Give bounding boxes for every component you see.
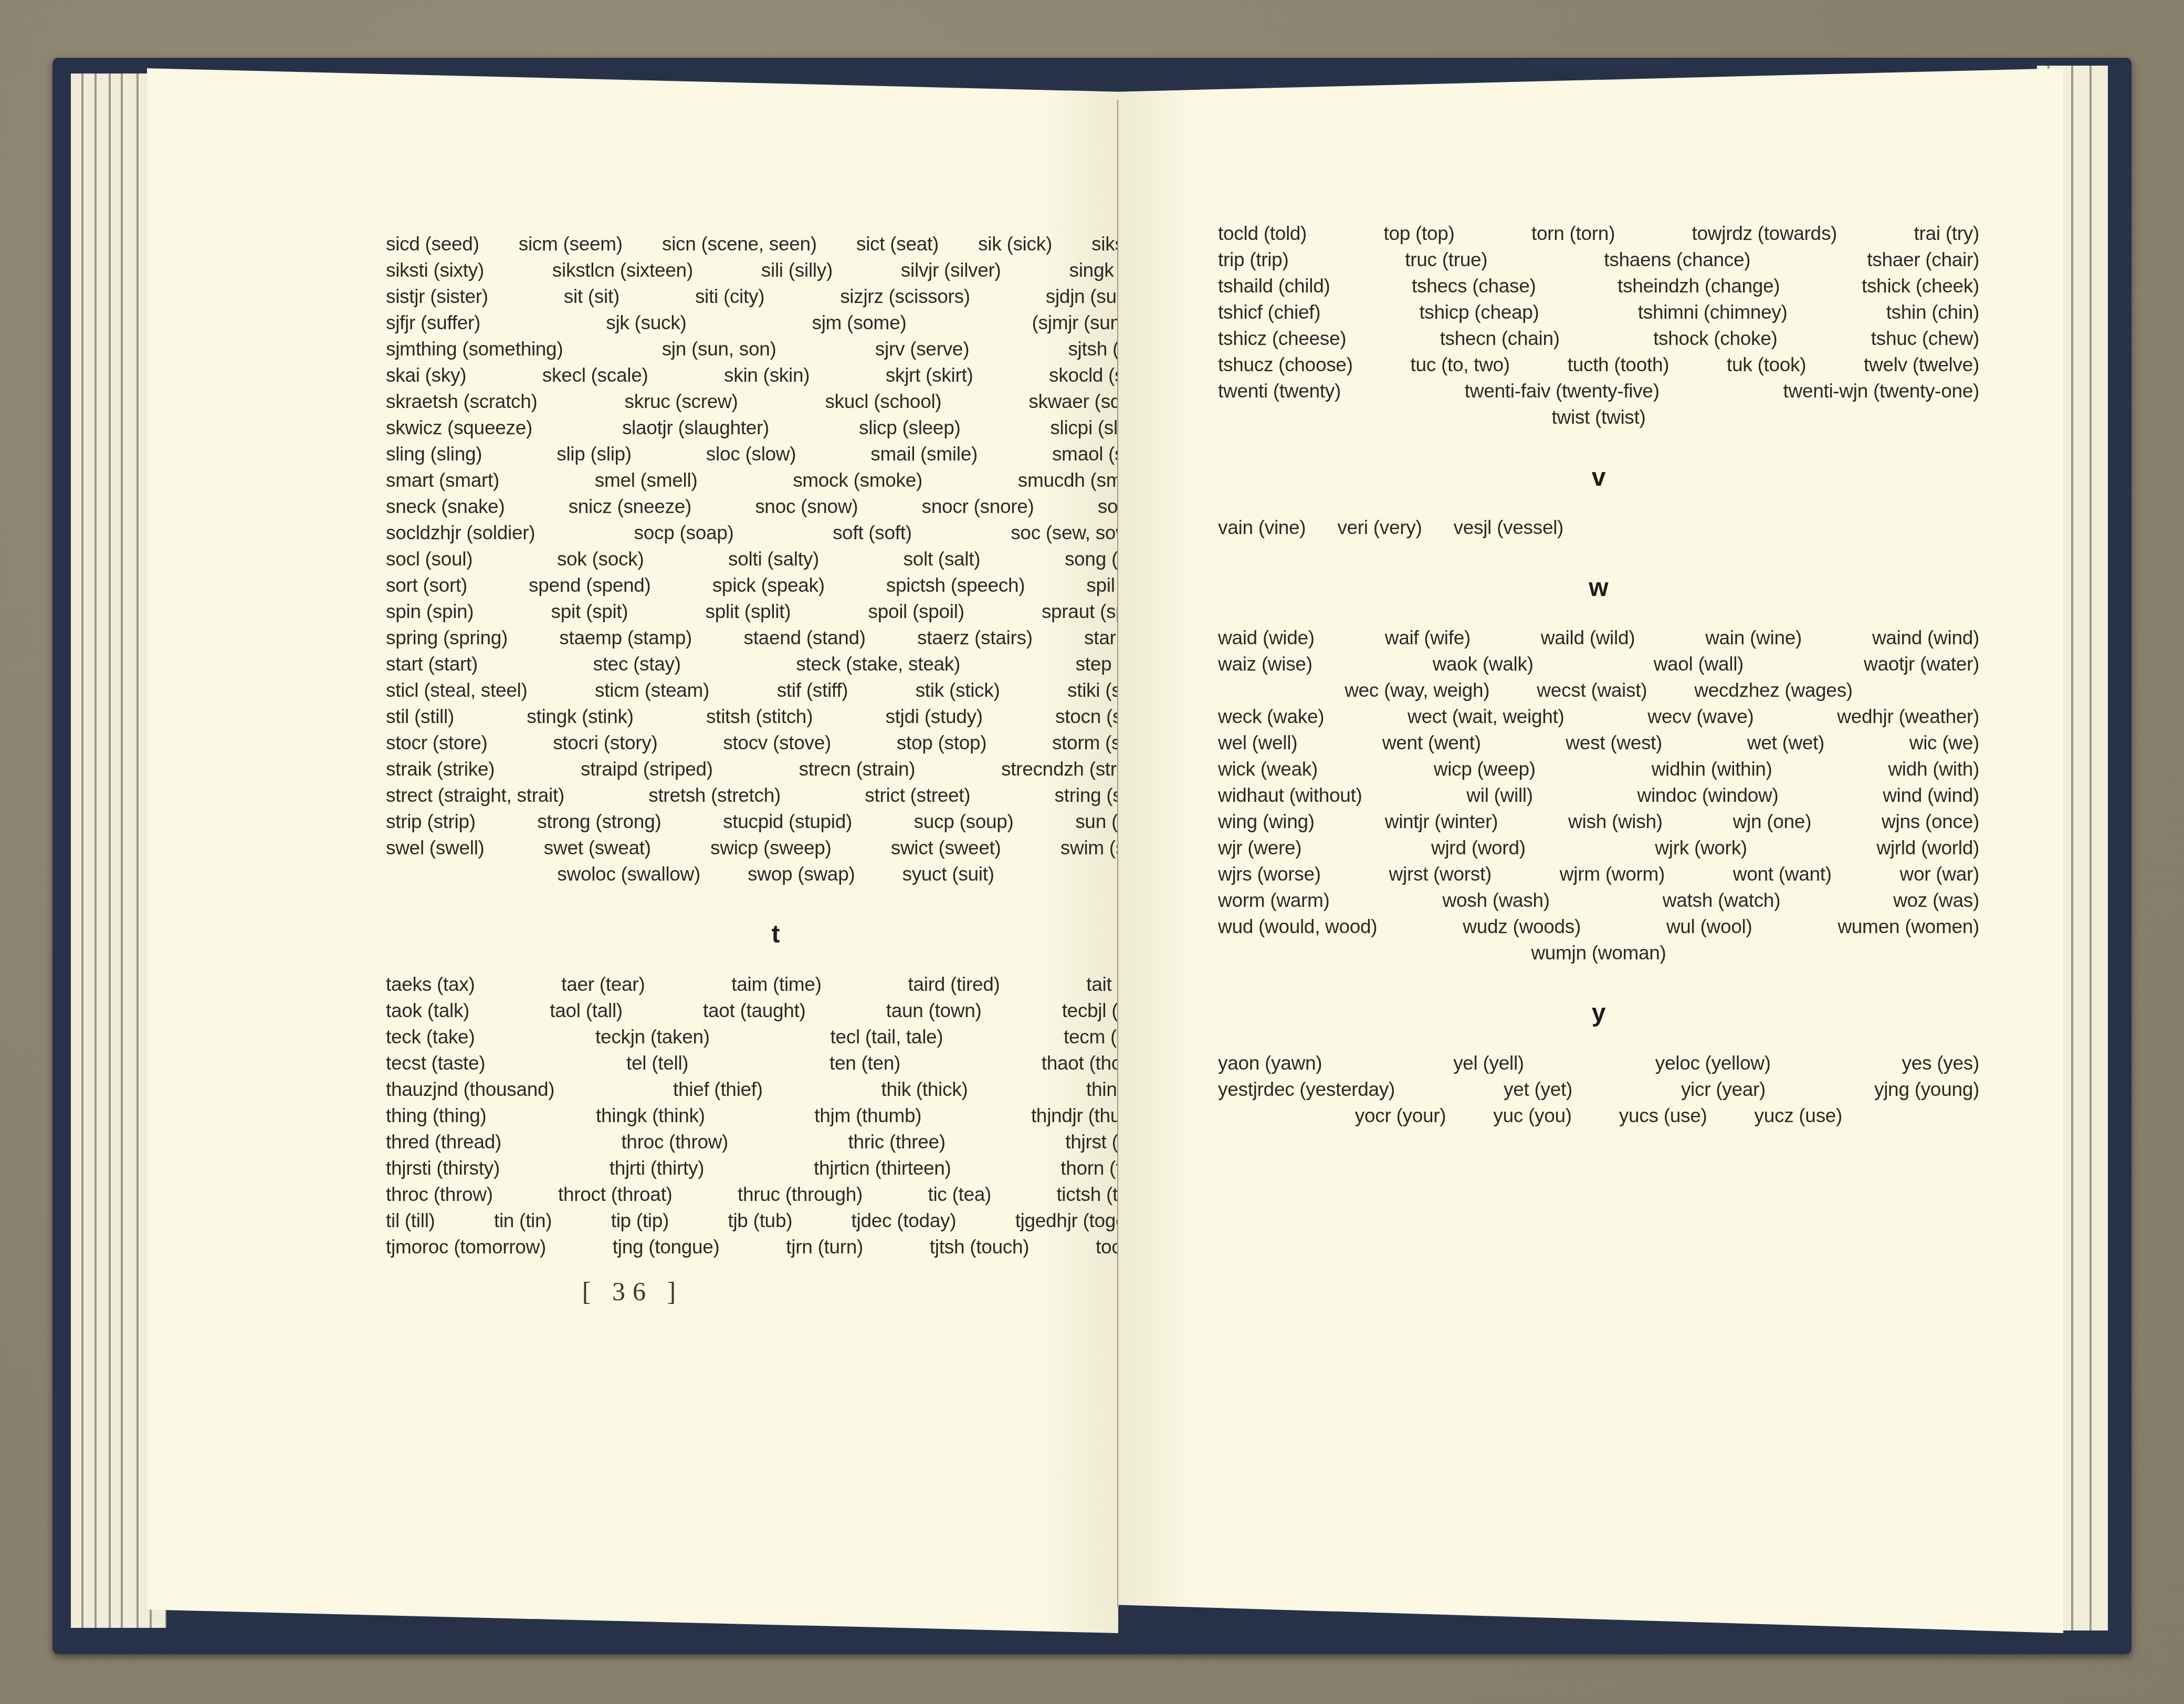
word-row: strect (straight, strait)stretsh (stretc… [386,782,1165,809]
word-entry: thjrsti (thirsty) [386,1155,500,1182]
word-entry: thric (three) [848,1129,946,1155]
section-letter-t: t [386,919,1165,950]
word-row: smart (smart)smel (smell)smock (smoke)sm… [386,467,1165,494]
word-row: til (till)tin (tin)tip (tip)tjb (tub)tjd… [386,1208,1165,1234]
word-entry: waif (wife) [1385,625,1471,651]
word-row: skai (sky)skecl (scale)skin (skin)skjrt … [386,362,1165,389]
word-entry: taot (taught) [703,998,806,1024]
word-entry: wont (want) [1733,861,1832,887]
word-row: thjrsti (thirsty)thjrti (thirty)thjrticn… [386,1155,1165,1182]
word-row: thing (thing)thingk (think)thjm (thumb)t… [386,1103,1165,1129]
word-entry: split (split) [706,599,791,625]
word-entry: wicp (weep) [1434,756,1536,782]
word-entry: slip (slip) [556,441,632,467]
word-entry: spick (speak) [712,572,825,599]
word-entry: tucth (tooth) [1568,352,1669,378]
word-entry: spictsh (speech) [886,572,1025,599]
word-entry: twenti-wjn (twenty-one) [1783,378,1979,404]
word-entry: yucz (use) [1754,1103,1842,1129]
section-letter-y: y [1218,998,1979,1029]
word-entry: tshecs (chase) [1412,273,1536,299]
word-entry: sneck (snake) [386,494,505,520]
word-entry: swict (sweet) [891,835,1001,861]
word-row: sistjr (sister)sit (sit)siti (city)sizjr… [386,284,1165,310]
word-entry: tjng (tongue) [613,1234,720,1260]
word-entry: syuct (suit) [902,861,994,887]
word-entry: wumen (women) [1837,914,1979,940]
word-row: wjrs (worse)wjrst (worst)wjrm (worm)wont… [1218,861,1979,887]
word-entry: tshucz (choose) [1218,352,1353,378]
word-entry: tip (tip) [611,1208,669,1234]
word-entry: swel (swell) [386,835,485,861]
word-entry: wjns (once) [1882,809,1979,835]
word-entry: wect (wait, weight) [1408,704,1564,730]
word-entry: ten (ten) [829,1050,900,1076]
word-entry: wud (would, wood) [1218,914,1377,940]
word-entry: wain (wine) [1705,625,1802,651]
word-entry: silvjr (silver) [901,257,1001,284]
word-entry: tshicf (chief) [1218,299,1320,326]
word-entry: thik (thick) [881,1076,968,1103]
word-entry: trai (try) [1914,221,1979,247]
word-entry: top (top) [1384,221,1455,247]
word-row: straik (strike)straipd (striped)strecn (… [386,756,1165,782]
word-row: spring (spring)staemp (stamp)staend (sta… [386,625,1165,651]
word-entry: stec (stay) [593,651,680,677]
section-letter-w: w [1218,572,1979,604]
word-entry: smock (smoke) [793,467,922,494]
word-row: thred (thread)throc (throw)thric (three)… [386,1129,1165,1155]
word-entry: tshimni (chimney) [1638,299,1788,326]
word-entry: strict (street) [865,782,970,809]
word-entry: smail (smile) [870,441,978,467]
word-entry: wor (war) [1900,861,1979,887]
word-entry: wil (will) [1466,782,1532,809]
word-entry: snoc (snow) [755,494,858,520]
word-row: yaon (yawn)yel (yell)yeloc (yellow)yes (… [1218,1050,1979,1076]
word-entry: tshicp (cheap) [1419,299,1539,326]
right-page: tocld (told)top (top)torn (torn)towjrdz … [1118,68,2063,1633]
word-entry: vain (vine) [1218,515,1306,541]
word-entry: waol (wall) [1654,651,1744,677]
word-entry: stil (still) [386,704,454,730]
word-entry: throc (throw) [386,1182,493,1208]
word-entry: tjb (tub) [728,1208,792,1234]
word-entry: sticm (steam) [595,677,709,704]
word-row: swoloc (swallow)swop (swap)syuct (suit) [386,861,1165,887]
word-entry: sling (sling) [386,441,482,467]
word-row: sjfjr (suffer)sjk (suck)sjm (some)(sjmjr… [386,310,1165,336]
word-row: sjmthing (something)sjn (sun, son)sjrv (… [386,336,1165,362]
word-entry: staemp (stamp) [559,625,692,651]
word-entry: stocr (store) [386,730,487,756]
word-entry: sik (sick) [978,231,1052,257]
word-entry: wintjr (winter) [1385,809,1498,835]
word-entry: tshock (choke) [1653,326,1777,352]
word-entry: thjrticn (thirteen) [814,1155,951,1182]
word-entry: slicp (sleep) [859,415,961,441]
word-row: strip (strip)strong (strong)stucpid (stu… [386,809,1165,835]
word-entry: wedhjr (weather) [1837,704,1979,730]
word-row: throc (throw)throct (throat)thruc (throu… [386,1182,1165,1208]
word-entry: waotjr (water) [1864,651,1979,677]
word-row: taeks (tax)taer (tear)taim (time)taird (… [386,971,1165,998]
word-row: wec (way, weigh)wecst (waist)wecdzhez (w… [1218,677,1979,704]
word-row: wel (well)went (went)west (west)wet (wet… [1218,730,1979,756]
word-entry: skucl (school) [825,389,941,415]
word-row: waid (wide)waif (wife)waild (wild)wain (… [1218,625,1979,651]
word-row: stocr (store)stocri (story)stocv (stove)… [386,730,1165,756]
word-entry: solt (salt) [904,546,981,572]
word-row: teck (take)teckjn (taken)tecl (tail, tal… [386,1024,1165,1050]
word-entry: sikstlcn (sixteen) [552,257,693,284]
word-entry: tel (tell) [626,1050,688,1076]
word-entry: sticl (steal, steel) [386,677,528,704]
word-entry: stik (stick) [916,677,1000,704]
word-entry: taun (town) [886,998,982,1024]
word-entry: woz (was) [1893,887,1979,914]
word-entry: wecv (wave) [1647,704,1753,730]
word-row: tshicz (cheese)tshecn (chain)tshock (cho… [1218,326,1979,352]
word-entry: sizjrz (scissors) [840,284,970,310]
left-page: sicd (seed)sicm (seem)sicn (scene, seen)… [147,68,1118,1633]
word-entry: stingk (stink) [527,704,633,730]
word-entry: yocr (your) [1355,1103,1446,1129]
word-entry: sjrv (serve) [875,336,969,362]
word-entry: yes (yes) [1902,1050,1979,1076]
word-entry: sict (seat) [856,231,939,257]
word-entry: sili (silly) [761,257,833,284]
word-entry: truc (true) [1405,247,1487,273]
word-row: sticl (steal, steel)sticm (steam)stif (s… [386,677,1165,704]
word-entry: tjrn (turn) [786,1234,863,1260]
word-entry: spring (spring) [386,625,508,651]
word-entry: snocr (snore) [922,494,1034,520]
word-row: wumjn (woman) [1218,940,1979,966]
word-entry: yicr (year) [1681,1076,1766,1103]
word-entry: waild (wild) [1541,625,1635,651]
word-entry: stretsh (stretch) [648,782,781,809]
word-entry: sjk (suck) [606,310,686,336]
word-entry: thruc (through) [738,1182,863,1208]
word-row: taok (talk)taol (tall)taot (taught)taun … [386,998,1165,1024]
word-row: tshicf (chief)tshicp (cheap)tshimni (chi… [1218,299,1979,326]
word-entry: tjmoroc (tomorrow) [386,1234,546,1260]
word-entry: twenti (twenty) [1218,378,1341,404]
word-row: start (start)stec (stay)steck (stake, st… [386,651,1165,677]
word-entry: thauzjnd (thousand) [386,1076,554,1103]
word-row: vain (vine)veri (very)vesjl (vessel) [1218,515,1979,541]
word-entry: wet (wet) [1747,730,1824,756]
word-entry: sok (sock) [557,546,644,572]
word-entry: tshuc (chew) [1871,326,1979,352]
word-entry: thief (thief) [673,1076,763,1103]
word-entry: taer (tear) [561,971,645,998]
word-entry: stocri (story) [553,730,657,756]
word-entry: start (start) [386,651,478,677]
word-row: tocld (told)top (top)torn (torn)towjrdz … [1218,221,1979,247]
word-entry: tshin (chin) [1886,299,1979,326]
word-row: yestjrdec (yesterday)yet (yet)yicr (year… [1218,1076,1979,1103]
word-entry: tuc (to, two) [1410,352,1509,378]
word-row: tshucz (choose)tuc (to, two)tucth (tooth… [1218,352,1979,378]
word-entry: sicn (scene, seen) [662,231,817,257]
word-entry: tsheindzh (change) [1618,273,1780,299]
word-entry: sit (sit) [564,284,619,310]
word-entry: strect (straight, strait) [386,782,564,809]
word-entry: yel (yell) [1453,1050,1524,1076]
word-entry: sjn (sun, son) [662,336,776,362]
word-entry: socldzhjr (soldier) [386,520,535,546]
word-entry: sjmthing (something) [386,336,563,362]
word-entry: teck (take) [386,1024,475,1050]
word-entry: waid (wide) [1218,625,1315,651]
word-entry: til (till) [386,1208,435,1234]
word-entry: wosh (wash) [1442,887,1549,914]
word-row: siksti (sixty)sikstlcn (sixteen)sili (si… [386,257,1165,284]
word-entry: wind (wind) [1883,782,1979,809]
word-entry: yucs (use) [1619,1103,1707,1129]
word-entry: wel (well) [1218,730,1297,756]
word-entry: snicz (sneeze) [569,494,691,520]
word-entry: weck (wake) [1218,704,1324,730]
page-number: [ 36 ] [147,1276,1118,1306]
word-entry: stucpid (stupid) [723,809,852,835]
section-letter-v: v [1218,462,1979,494]
word-row: skraetsh (scratch)skruc (screw)skucl (sc… [386,389,1165,415]
word-entry: yuc (you) [1493,1103,1571,1129]
word-entry: swicp (sweep) [710,835,832,861]
word-entry: wumjn (woman) [1531,940,1666,966]
word-row: socl (soul)sok (sock)solti (salty)solt (… [386,546,1165,572]
word-row: wud (would, wood)wudz (woods)wul (wool)w… [1218,914,1979,940]
word-entry: taol (tall) [550,998,623,1024]
word-entry: tic (tea) [928,1182,991,1208]
word-entry: strong (strong) [537,809,661,835]
left-word-list: sicd (seed)sicm (seem)sicn (scene, seen)… [386,231,1165,1260]
word-entry: staerz (stairs) [917,625,1033,651]
word-row: trip (trip)truc (true)tshaens (chance)ts… [1218,247,1979,273]
word-row: waiz (wise)waok (walk)waol (wall)waotjr … [1218,651,1979,677]
word-row: tjmoroc (tomorrow)tjng (tongue)tjrn (tur… [386,1234,1165,1260]
word-entry: socp (soap) [634,520,734,546]
word-row: tecst (taste)tel (tell)ten (ten)thaot (t… [386,1050,1165,1076]
word-entry: soft (soft) [833,520,912,546]
word-entry: wjrs (worse) [1218,861,1321,887]
word-entry: socl (soul) [386,546,472,572]
word-entry: thingk (think) [596,1103,705,1129]
word-entry: yjng (young) [1874,1076,1979,1103]
word-entry: thred (thread) [386,1129,501,1155]
word-entry: wjn (one) [1733,809,1811,835]
word-entry: thjrti (thirty) [610,1155,705,1182]
word-entry: tjdec (today) [852,1208,957,1234]
word-row: swel (swell)swet (sweat)swicp (sweep)swi… [386,835,1165,861]
word-entry: wudz (woods) [1463,914,1581,940]
word-entry: siksti (sixty) [386,257,484,284]
word-entry: yet (yet) [1504,1076,1572,1103]
word-entry: waind (wind) [1872,625,1979,651]
word-entry: straik (strike) [386,756,495,782]
word-row: sicd (seed)sicm (seem)sicn (scene, seen)… [386,231,1165,257]
word-entry: skai (sky) [386,362,466,389]
word-entry: tuk (took) [1727,352,1806,378]
word-row: twenti (twenty)twenti-faiv (twenty-five)… [1218,378,1979,404]
word-entry: skin (skin) [724,362,810,389]
word-entry: tshecn (chain) [1440,326,1560,352]
word-entry: spit (spit) [551,599,628,625]
word-entry: skruc (screw) [624,389,738,415]
word-entry: thing (thing) [386,1103,487,1129]
word-entry: wing (wing) [1218,809,1315,835]
word-entry: tshaer (chair) [1867,247,1979,273]
word-row: widhaut (without)wil (will)windoc (windo… [1218,782,1979,809]
word-row: sneck (snake)snicz (sneeze)snoc (snow)sn… [386,494,1165,520]
word-entry: wjrm (worm) [1560,861,1665,887]
word-entry: yeloc (yellow) [1655,1050,1771,1076]
word-entry: swet (sweat) [544,835,651,861]
word-entry: widh (with) [1888,756,1979,782]
word-entry: stop (stop) [897,730,987,756]
word-row: socldzhjr (soldier)socp (soap)soft (soft… [386,520,1165,546]
word-row: spin (spin)spit (spit)split (split)spoil… [386,599,1165,625]
word-entry: wul (wool) [1666,914,1752,940]
word-entry: throc (throw) [621,1129,728,1155]
word-entry: taim (time) [731,971,821,998]
word-entry: staend (stand) [743,625,865,651]
word-entry: tshaild (child) [1218,273,1330,299]
word-entry: wjrd (word) [1431,835,1526,861]
word-entry: widhin (within) [1652,756,1772,782]
word-entry: skraetsh (scratch) [386,389,538,415]
word-entry: twist (twist) [1551,404,1645,431]
word-entry: watsh (watch) [1663,887,1780,914]
word-entry: spoil (spoil) [868,599,964,625]
word-entry: stocv (stove) [723,730,831,756]
word-entry: torn (torn) [1531,221,1615,247]
word-row: stil (still)stingk (stink)stitsh (stitch… [386,704,1165,730]
word-row: wick (weak)wicp (weep)widhin (within)wid… [1218,756,1979,782]
word-entry: wic (we) [1909,730,1979,756]
word-entry: sistjr (sister) [386,284,488,310]
word-row: wing (wing)wintjr (winter)wish (wish)wjn… [1218,809,1979,835]
word-entry: yestjrdec (yesterday) [1218,1076,1395,1103]
word-entry: vesjl (vessel) [1454,515,1564,541]
word-entry: smel (smell) [595,467,698,494]
word-entry: taok (talk) [386,998,469,1024]
word-entry: tshick (cheek) [1862,273,1979,299]
word-entry: wjrld (world) [1877,835,1980,861]
word-entry: spend (spend) [529,572,651,599]
word-entry: skwicz (squeeze) [386,415,532,441]
word-entry: tocld (told) [1218,221,1307,247]
word-row: tshaild (child)tshecs (chase)tsheindzh (… [1218,273,1979,299]
word-row: thauzjnd (thousand)thief (thief)thik (th… [386,1076,1165,1103]
word-row: sling (sling)slip (slip)sloc (slow)smail… [386,441,1165,467]
word-entry: sjm (some) [812,310,907,336]
word-entry: strip (strip) [386,809,476,835]
right-word-list: tocld (told)top (top)torn (torn)towjrdz … [1218,221,1979,1129]
word-entry: smart (smart) [386,467,499,494]
word-entry: tecst (taste) [386,1050,485,1076]
word-entry: wjrk (work) [1655,835,1747,861]
word-entry: wecdzhez (wages) [1694,677,1853,704]
word-entry: wjr (were) [1218,835,1301,861]
word-entry: tshaens (chance) [1604,247,1750,273]
word-entry: trip (trip) [1218,247,1288,273]
word-entry: solti (salty) [728,546,819,572]
word-entry: throct (throat) [558,1182,673,1208]
word-entry: tin (tin) [494,1208,552,1234]
word-entry: sucp (soup) [914,809,1014,835]
word-entry: swop (swap) [748,861,855,887]
word-entry: siti (city) [695,284,764,310]
word-entry: yaon (yawn) [1218,1050,1322,1076]
word-entry: stif (stiff) [777,677,848,704]
word-row: yocr (your)yuc (you)yucs (use)yucz (use) [1218,1103,1979,1129]
word-entry: twenti-faiv (twenty-five) [1465,378,1660,404]
word-entry: thjm (thumb) [814,1103,921,1129]
word-entry: steck (stake, steak) [796,651,960,677]
word-entry: slaotjr (slaughter) [622,415,769,441]
word-entry: wish (wish) [1568,809,1663,835]
word-entry: west (west) [1566,730,1662,756]
word-entry: tjtsh (touch) [930,1234,1029,1260]
word-entry: wec (way, weigh) [1345,677,1489,704]
word-entry: veri (very) [1337,515,1422,541]
word-row: wjr (were)wjrd (word)wjrk (work)wjrld (w… [1218,835,1979,861]
word-entry: stitsh (stitch) [706,704,813,730]
word-entry: tecl (tail, tale) [830,1024,943,1050]
word-entry: taird (tired) [908,971,1000,998]
word-entry: skecl (scale) [542,362,648,389]
word-entry: taeks (tax) [386,971,475,998]
word-entry: windoc (window) [1637,782,1778,809]
word-entry: wjrst (worst) [1389,861,1492,887]
word-entry: sicm (seem) [519,231,623,257]
word-entry: straipd (striped) [581,756,713,782]
word-entry: sort (sort) [386,572,467,599]
word-entry: sjfjr (suffer) [386,310,480,336]
word-entry: widhaut (without) [1218,782,1362,809]
word-entry: waok (walk) [1433,651,1534,677]
word-row: weck (wake)wect (wait, weight)wecv (wave… [1218,704,1979,730]
word-entry: strecn (strain) [799,756,916,782]
word-entry: wecst (waist) [1537,677,1647,704]
word-row: worm (warm)wosh (wash)watsh (watch)woz (… [1218,887,1979,914]
word-entry: stjdi (study) [885,704,982,730]
word-entry: tshicz (cheese) [1218,326,1346,352]
word-entry: sicd (seed) [386,231,479,257]
word-entry: sloc (slow) [706,441,796,467]
word-entry: waiz (wise) [1218,651,1312,677]
word-entry: wick (weak) [1218,756,1318,782]
word-entry: skjrt (skirt) [886,362,973,389]
word-entry: worm (warm) [1218,887,1330,914]
word-entry: went (went) [1382,730,1481,756]
word-entry: teckjn (taken) [595,1024,710,1050]
word-entry: swoloc (swallow) [557,861,700,887]
word-row: sort (sort)spend (spend)spick (speak)spi… [386,572,1165,599]
word-row: twist (twist) [1218,404,1979,431]
word-entry: twelv (twelve) [1864,352,1979,378]
word-entry: towjrdz (towards) [1692,221,1837,247]
word-entry: spin (spin) [386,599,474,625]
word-row: skwicz (squeeze)slaotjr (slaughter)slicp… [386,415,1165,441]
